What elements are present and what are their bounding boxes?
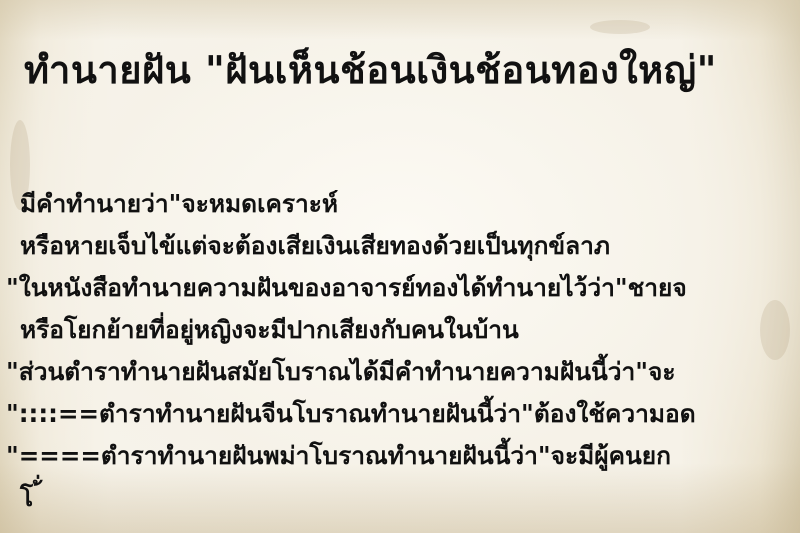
text-line-cropped: โ ้่ [0,477,800,519]
paper-speck [590,20,650,34]
text-line: หรือโยกย้ายที่อยู่หญิงจะมีปากเสียงกับคนใ… [0,309,800,351]
page-title: ทำนายฝัน "ฝันเห็นช้อนเงินช้อนทองใหญ่" [24,39,717,100]
text-line: "====ตำราทำนายฝันพม่าโบราณทำนายฝันนี้ว่า… [0,435,800,477]
paper-texture-top [0,0,800,40]
text-line: "ส่วนตำราทำนายฝันสมัยโบราณได้มีคำทำนายคว… [0,351,800,393]
dream-interpretation-text: มีคำทำนายว่า"จะหมดเคราะห์ หรือหายเจ็บไข้… [0,183,800,519]
text-line: "::::==ตำราทำนายฝันจีนโบราณทำนายฝันนี้ว่… [0,393,800,435]
text-line: "ในหนังสือทำนายความฝันของอาจารย์ทองได้ทำ… [0,267,800,309]
text-line: หรือหายเจ็บไข้แต่จะต้องเสียเงินเสียทองด้… [0,225,800,267]
text-line: มีคำทำนายว่า"จะหมดเคราะห์ [0,183,800,225]
